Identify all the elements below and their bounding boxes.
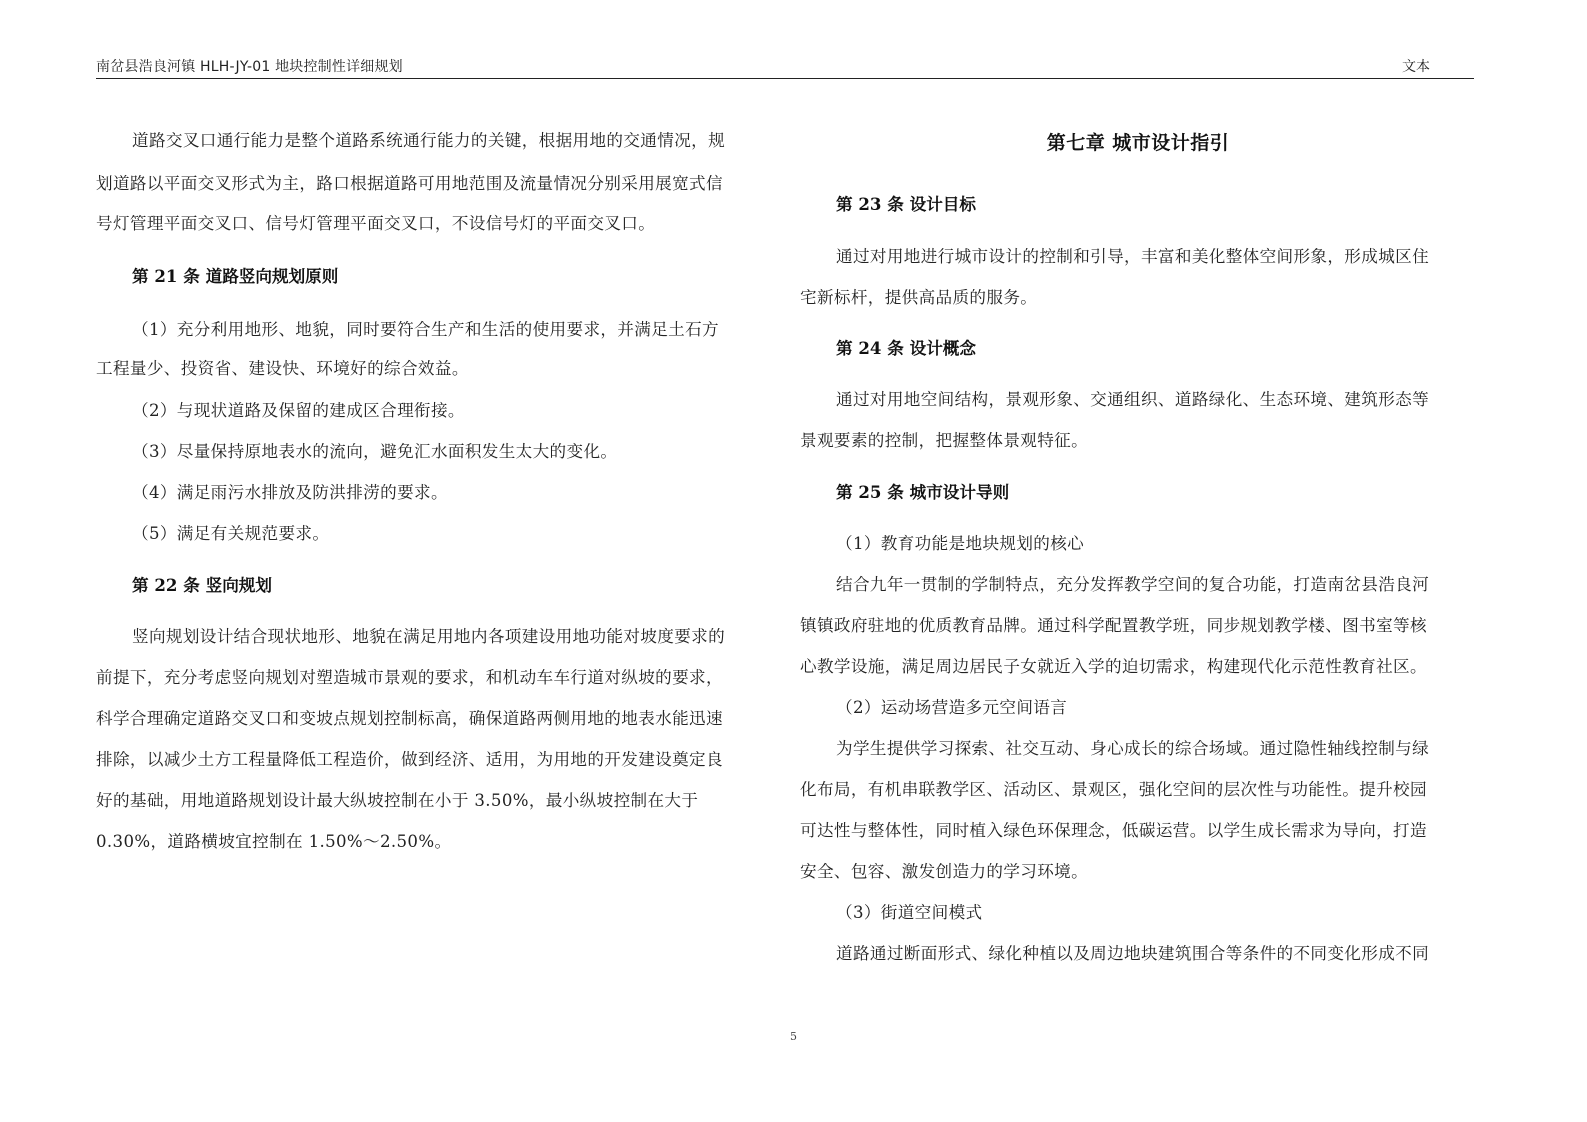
paragraph-line: 安全、包容、激发创造力的学习环境。 xyxy=(800,858,1088,882)
article-24-heading: 第 24 条 设计概念 xyxy=(836,335,976,359)
article-25-heading: 第 25 条 城市设计导则 xyxy=(836,479,1009,503)
paragraph-line: 为学生提供学习探索、社交互动、身心成长的综合场域。通过隐性轴线控制与绿 xyxy=(836,735,1429,759)
paragraph-line: 号灯管理平面交叉口、信号灯管理平面交叉口，不设信号灯的平面交叉口。 xyxy=(96,210,655,234)
paragraph-line: 排除，以减少土方工程量降低工程造价，做到经济、适用，为用地的开发建设奠定良 xyxy=(96,746,723,770)
paragraph-line: 化布局，有机串联教学区、活动区、景观区，强化空间的层次性与功能性。提升校园 xyxy=(800,776,1427,800)
article-22-heading: 第 22 条 竖向规划 xyxy=(132,572,272,596)
subsection-title: （3）街道空间模式 xyxy=(836,899,982,923)
paragraph-line: 竖向规划设计结合现状地形、地貌在满足用地内各项建设用地功能对坡度要求的 xyxy=(132,623,725,647)
paragraph-line: 道路交叉口通行能力是整个道路系统通行能力的关键，根据用地的交通情况，规 xyxy=(132,127,725,151)
paragraph-line: 心教学设施，满足周边居民子女就近入学的迫切需求，构建现代化示范性教育社区。 xyxy=(800,653,1427,677)
list-item: （5）满足有关规范要求。 xyxy=(132,520,329,544)
paragraph-line: 宅新标杆，提供高品质的服务。 xyxy=(800,284,1037,308)
paragraph-line: 好的基础，用地道路规划设计最大纵坡控制在小于 3.50%，最小纵坡控制在大于 xyxy=(96,787,698,811)
subsection-title: （2）运动场营造多元空间语言 xyxy=(836,694,1067,718)
list-item: （4）满足雨污水排放及防洪排涝的要求。 xyxy=(132,479,448,503)
subsection-title: （1）教育功能是地块规划的核心 xyxy=(836,530,1084,554)
chapter-title: 第七章 城市设计指引 xyxy=(800,128,1476,155)
paragraph-line: 通过对用地空间结构，景观形象、交通组织、道路绿化、生态环境、建筑形态等 xyxy=(836,386,1429,410)
paragraph-line: 结合九年一贯制的学制特点，充分发挥教学空间的复合功能，打造南岔县浩良河 xyxy=(836,571,1429,595)
section-label: 文本 xyxy=(1402,56,1430,76)
paragraph-line: 可达性与整体性，同时植入绿色环保理念，低碳运营。以学生成长需求为导向，打造 xyxy=(800,817,1427,841)
page-number: 5 xyxy=(0,1030,1587,1043)
list-item: （3）尽量保持原地表水的流向，避免汇水面积发生太大的变化。 xyxy=(132,438,617,462)
article-21-heading: 第 21 条 道路竖向规划原则 xyxy=(132,263,338,287)
list-item: 工程量少、投资省、建设快、环境好的综合效益。 xyxy=(96,355,469,379)
paragraph-line: 通过对用地进行城市设计的控制和引导，丰富和美化整体空间形象，形成城区住 xyxy=(836,243,1429,267)
paragraph-line: 0.30%，道路横坡宜控制在 1.50%～2.50%。 xyxy=(96,828,451,852)
paragraph-line: 划道路以平面交叉形式为主，路口根据道路可用地范围及流量情况分别采用展宽式信 xyxy=(96,170,723,194)
paragraph-line: 前提下，充分考虑竖向规划对塑造城市景观的要求，和机动车车行道对纵坡的要求， xyxy=(96,664,723,688)
paragraph-line: 道路通过断面形式、绿化种植以及周边地块建筑围合等条件的不同变化形成不同 xyxy=(836,940,1429,964)
article-23-heading: 第 23 条 设计目标 xyxy=(836,191,976,215)
document-title: 南岔县浩良河镇 HLH-JY-01 地块控制性详细规划 xyxy=(96,56,403,76)
paragraph-line: 景观要素的控制，把握整体景观特征。 xyxy=(800,427,1088,451)
paragraph-line: 科学合理确定道路交叉口和变坡点规划控制标高，确保道路两侧用地的地表水能迅速 xyxy=(96,705,723,729)
paragraph-line: 镇镇政府驻地的优质教育品牌。通过科学配置教学班，同步规划教学楼、图书室等核 xyxy=(800,612,1427,636)
page-header: 南岔县浩良河镇 HLH-JY-01 地块控制性详细规划 文本 xyxy=(96,56,1474,79)
list-item: （2）与现状道路及保留的建成区合理衔接。 xyxy=(132,397,465,421)
list-item: （1）充分利用地形、地貌，同时要符合生产和生活的使用要求，并满足土石方 xyxy=(132,316,719,340)
